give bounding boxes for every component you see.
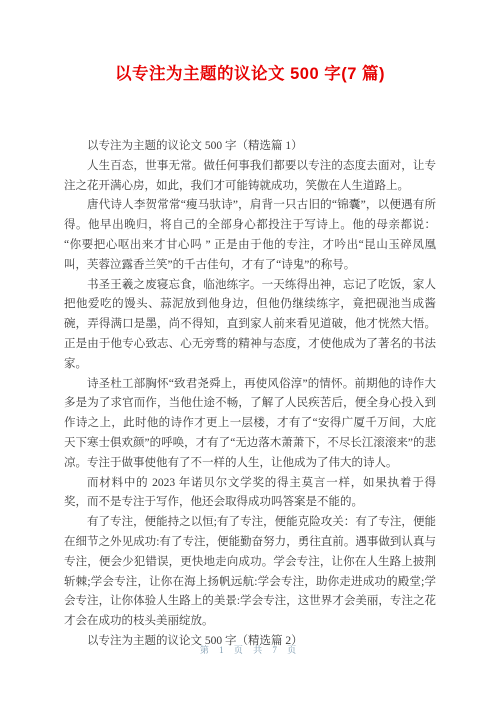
paragraph: 书圣王羲之废寝忘食，临池练字。一天练得出神，忘记了吃饭，家人把他爱吃的馒头、蒜泥… — [64, 276, 436, 375]
paragraph: 人生百态，世事无常。做任何事我们都要以专注的态度去面对，让专注之花开满心房，如此… — [64, 157, 436, 197]
document-title: 以专注为主题的议论文 500 字(7 篇) — [0, 0, 500, 85]
paragraph: 诗圣杜工部胸怀“致君尧舜上，再使风俗淳”的情怀。前期他的诗作大多是为了求官而作，… — [64, 375, 436, 474]
pagination-footer: 第 1 页 共 7 页 — [0, 643, 500, 656]
section-heading: 以专注为主题的议论文 500 字（精选篇 1） — [64, 137, 436, 157]
document-body: 以专注为主题的议论文 500 字（精选篇 1）人生百态，世事无常。做任何事我们都… — [64, 137, 436, 652]
paragraph: 有了专注，便能持之以恒;有了专注，便能克险攻关：有了专注，便能在细节之外见成功:… — [64, 513, 436, 632]
document-page: 以专注为主题的议论文 500 字(7 篇) 以专注为主题的议论文 500 字（精… — [0, 0, 500, 707]
paragraph: 唐代诗人李贺常常“瘦马驮诗”，肩背一只古旧的“锦囊”，以便遇有所得。他早出晚归，… — [64, 196, 436, 275]
paragraph: 而材料中的 2023 年诺贝尔文学奖的得主莫言一样，如果执着于得奖，而不是专注于… — [64, 474, 436, 514]
